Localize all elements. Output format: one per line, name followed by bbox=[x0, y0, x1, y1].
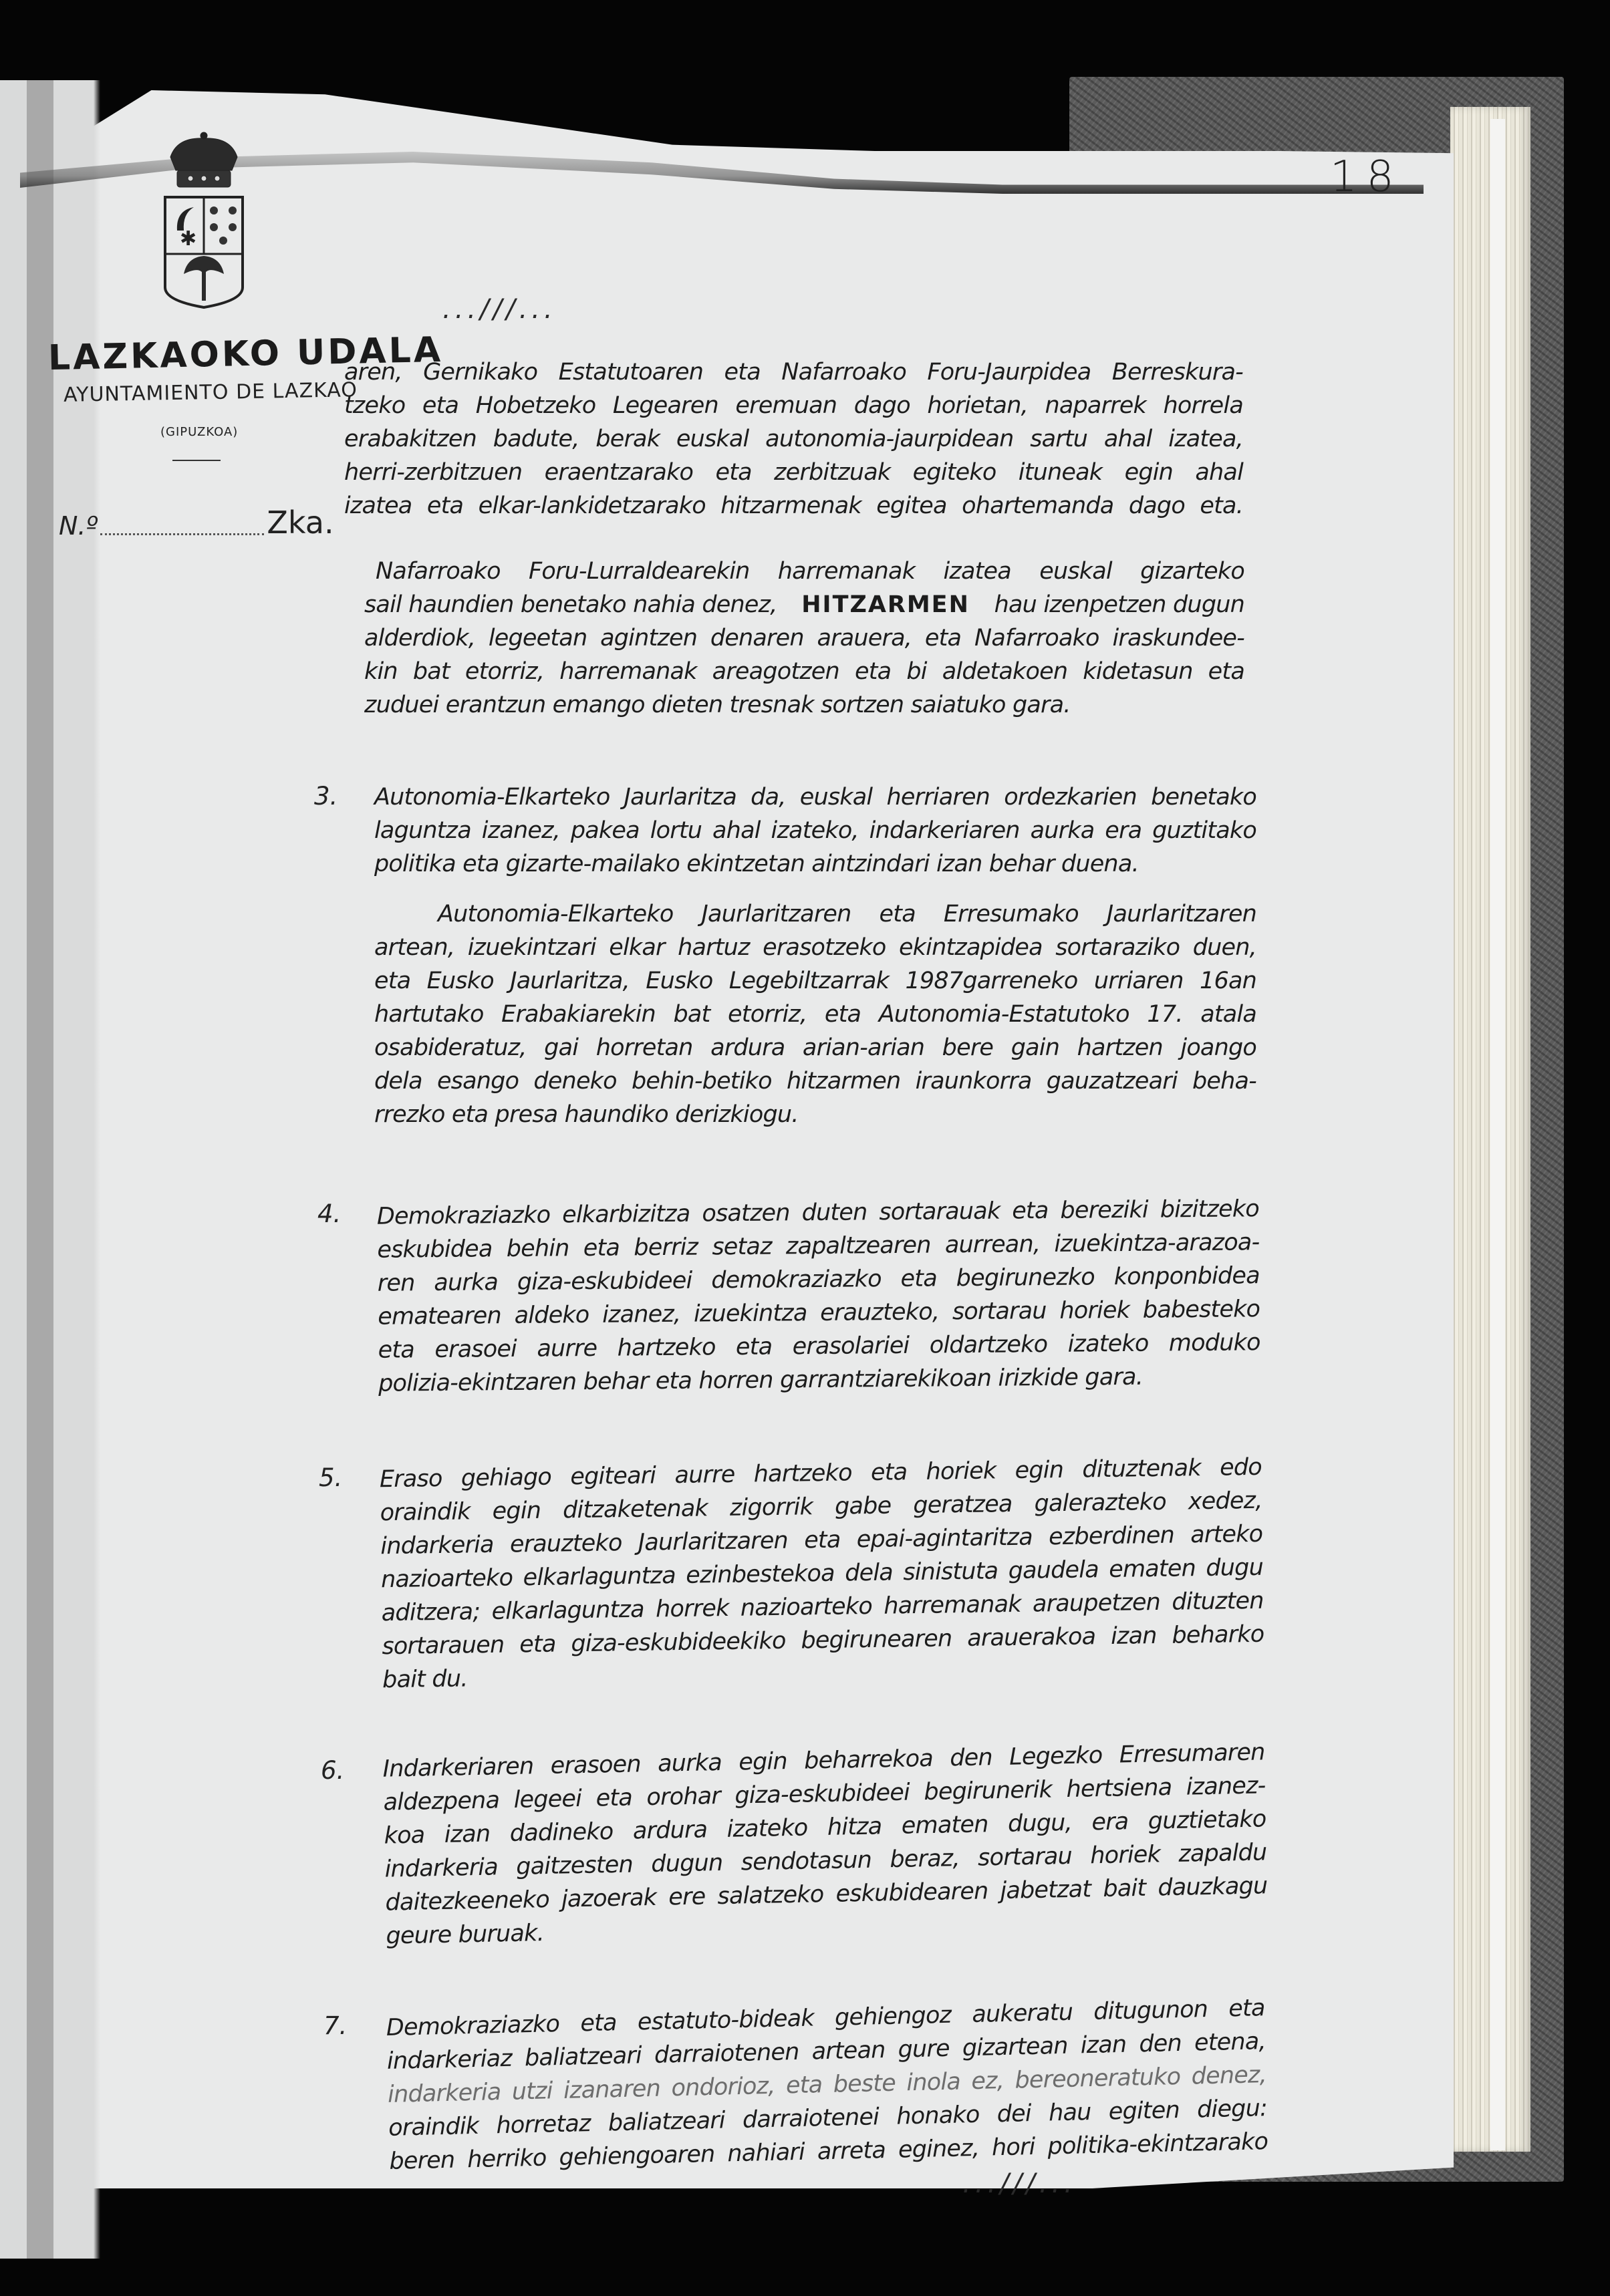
text-line: artean, izuekintzari elkar hartuz erasot… bbox=[374, 931, 1256, 964]
intro-paragraph: aren, Gernikako Estatutoaren eta Nafarro… bbox=[344, 355, 1243, 523]
item-5-text: Eraso gehiago egiteari aurre hartzeko et… bbox=[380, 1451, 1265, 1697]
continuation-mark-top: ...///... bbox=[442, 294, 557, 325]
page-edge-sheet bbox=[1490, 119, 1505, 2150]
nafarroa-paragraph-first-line: Nafarroako Foru-Lurraldearekin harremana… bbox=[376, 555, 1244, 588]
item-number: 3. bbox=[314, 782, 338, 811]
item-number: 4. bbox=[317, 1199, 341, 1228]
item-3-subparagraph: Autonomia-Elkarteko Jaurlaritzaren eta E… bbox=[374, 897, 1256, 1131]
item-7-text: Demokraziazko eta estatuto-bideak gehien… bbox=[386, 1991, 1268, 2178]
number-suffix: Zka. bbox=[267, 505, 333, 541]
page-number: 18 bbox=[1330, 152, 1403, 202]
item-4-text: Demokraziazko elkarbizitza osatzen duten… bbox=[377, 1192, 1261, 1401]
text-line: izatea eta elkar-lankidetzarako hitzarme… bbox=[344, 489, 1243, 523]
continuation-mark-bottom: ...///... bbox=[962, 2168, 1077, 2199]
text-line: osabideratuz, gai horretan ardura arian-… bbox=[374, 1031, 1256, 1064]
organization-province: (GIPUZKOA) bbox=[160, 425, 238, 439]
item-3-text: Autonomia-Elkarteko Jaurlaritza da, eusk… bbox=[374, 780, 1256, 881]
text-line: Nafarroako Foru-Lurraldearekin harremana… bbox=[376, 555, 1244, 588]
text-line: rrezko eta presa haundiko derizkiogu. bbox=[374, 1098, 1256, 1131]
number-label: N.º bbox=[59, 511, 98, 541]
text-line: zuduei erantzun emango dieten tresnak so… bbox=[364, 688, 1244, 722]
number-dotted-line bbox=[100, 533, 264, 535]
text-line: dela esango deneko behin-betiko hitzarme… bbox=[374, 1064, 1256, 1098]
text-line: kin bat etorriz, harremanak areagotzen e… bbox=[364, 655, 1244, 688]
item-6-text: Indarkeriaren erasoen aurka egin beharre… bbox=[382, 1735, 1268, 1953]
reference-number-field: N.º Zka. bbox=[59, 505, 334, 541]
text-line: herri-zerbitzuen eraentzarako eta zerbit… bbox=[344, 456, 1243, 489]
agreement-keyword: HITZARMEN bbox=[801, 588, 970, 621]
text-line: Autonomia-Elkarteko Jaurlaritzaren eta E… bbox=[374, 897, 1256, 931]
coat-of-arms-icon: ✱ bbox=[157, 130, 251, 331]
text-segment: sail haundien benetako nahia denez, bbox=[364, 588, 777, 621]
text-line: hartutako Erabakiarekin bat etorriz, eta… bbox=[374, 998, 1256, 1031]
text-line: eta Eusko Jaurlaritza, Eusko Legebiltzar… bbox=[374, 964, 1256, 998]
svg-text:✱: ✱ bbox=[180, 227, 196, 251]
text-line: Autonomia-Elkarteko Jaurlaritza da, eusk… bbox=[374, 780, 1256, 814]
item-number: 6. bbox=[321, 1756, 344, 1785]
text-line: politika eta gizarte-mailako ekintzetan … bbox=[374, 847, 1256, 881]
text-line: erabakitzen badute, berak euskal autonom… bbox=[344, 422, 1243, 456]
text-line: aren, Gernikako Estatutoaren eta Nafarro… bbox=[344, 355, 1243, 389]
item-number: 5. bbox=[319, 1463, 342, 1492]
nafarroa-paragraph-rest: alderdiok, legeetan agintzen denaren ara… bbox=[364, 621, 1244, 722]
text-line: laguntza izanez, pakea lortu ahal izatek… bbox=[374, 814, 1256, 847]
book-gutter bbox=[0, 80, 100, 2259]
nafarroa-paragraph-bold-line: sail haundien benetako nahia denez, HITZ… bbox=[364, 588, 1244, 621]
text-line: alderdiok, legeetan agintzen denaren ara… bbox=[364, 621, 1244, 655]
text-segment: hau izenpetzen dugun bbox=[994, 588, 1244, 621]
text-line: tzeko eta Hobetzeko Legearen eremuan dag… bbox=[344, 389, 1243, 422]
letterhead-divider bbox=[172, 460, 221, 461]
item-number: 7. bbox=[323, 2011, 347, 2040]
